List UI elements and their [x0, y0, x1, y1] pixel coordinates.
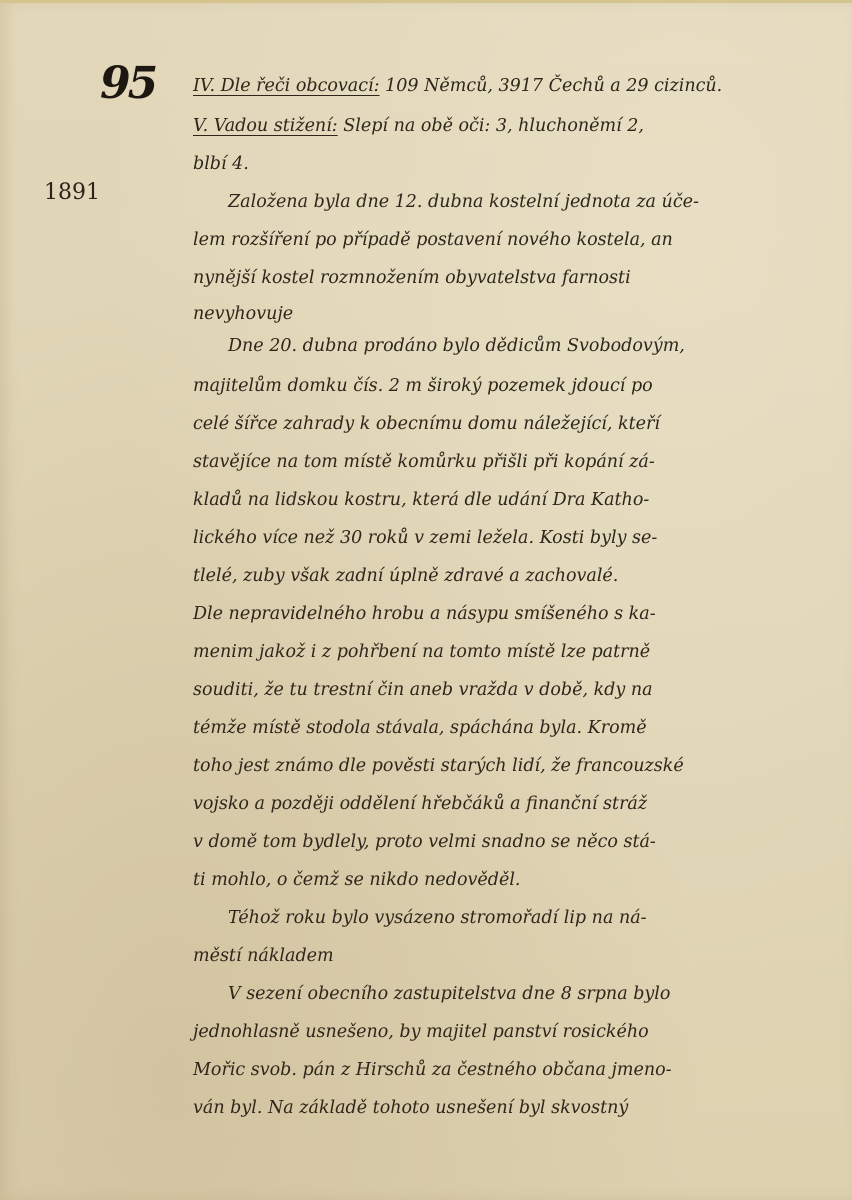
line-text: jednohlasně usnešeno, by majitel panství…: [193, 1022, 649, 1042]
text-line: témže místě stodola stávala, spáchána by…: [193, 720, 813, 738]
margin-year-note: 1891: [44, 180, 100, 205]
line-text: lem rozšíření po případě postavení novéh…: [193, 230, 673, 250]
line-text: vojsko a později oddělení hřebčáků a fin…: [193, 794, 647, 814]
line-text: témže místě stodola stávala, spáchána by…: [193, 718, 647, 738]
line-text: lického více než 30 roků v zemi ležela. …: [193, 528, 657, 548]
text-line: kladů na lidskou kostru, která dle udání…: [193, 492, 813, 510]
line-text: majitelům domku čís. 2 m široký pozemek …: [193, 376, 653, 396]
text-line: lem rozšíření po případě postavení novéh…: [193, 232, 813, 250]
text-line: menim jakož i z pohřbení na tomto místě …: [193, 644, 813, 662]
text-line: Dne 20. dubna prodáno bylo dědicům Svobo…: [228, 338, 848, 356]
text-line: lického více než 30 roků v zemi ležela. …: [193, 530, 813, 548]
text-line: majitelům domku čís. 2 m široký pozemek …: [193, 378, 813, 396]
text-line: Téhož roku bylo vysázeno stromořadí lip …: [228, 910, 848, 928]
text-line: Založena byla dne 12. dubna kostelní jed…: [228, 194, 848, 212]
line-text: souditi, že tu trestní čin aneb vražda v…: [193, 680, 653, 700]
line-text: nevyhovuje: [193, 304, 293, 324]
line-text: kladů na lidskou kostru, která dle udání…: [193, 490, 649, 510]
section-heading: IV. Dle řeči obcovací:: [193, 76, 380, 96]
line-text: v domě tom bydlely, proto velmi snadno s…: [193, 832, 656, 852]
text-line: ván byl. Na základě tohoto usnešení byl …: [193, 1100, 813, 1118]
line-text: blbí 4.: [193, 154, 249, 174]
text-line: tlelé, zuby však zadní úplně zdravé a za…: [193, 568, 813, 586]
text-line: souditi, že tu trestní čin aneb vražda v…: [193, 682, 813, 700]
line-text: tlelé, zuby však zadní úplně zdravé a za…: [193, 566, 618, 586]
text-line: v domě tom bydlely, proto velmi snadno s…: [193, 834, 813, 852]
text-line: vojsko a později oddělení hřebčáků a fin…: [193, 796, 813, 814]
text-line: toho jest známo dle pověsti starých lidí…: [193, 758, 813, 776]
text-line: ti mohlo, o čemž se nikdo nedověděl.: [193, 872, 813, 890]
line-text: nynější kostel rozmnožením obyvatelstva …: [193, 268, 631, 288]
line-text: Založena byla dne 12. dubna kostelní jed…: [228, 192, 699, 212]
text-line: V sezení obecního zastupitelstva dne 8 s…: [228, 986, 848, 1004]
text-line: nynější kostel rozmnožením obyvatelstva …: [193, 270, 813, 288]
line-text: stavějíce na tom místě komůrku přišli př…: [193, 452, 655, 472]
line-text: Slepí na obě oči: 3, hluchoněmí 2,: [338, 116, 644, 136]
line-text: městí nákladem: [193, 946, 334, 966]
text-line: IV. Dle řeči obcovací: 109 Němců, 3917 Č…: [193, 78, 813, 96]
line-text: V sezení obecního zastupitelstva dne 8 s…: [228, 984, 670, 1004]
chronicle-page: 95 1891 IV. Dle řeči obcovací: 109 Němců…: [0, 0, 852, 1200]
text-line: jednohlasně usnešeno, by majitel panství…: [193, 1024, 813, 1042]
text-line: městí nákladem: [193, 948, 813, 966]
line-text: celé šířce zahrady k obecnímu domu nálež…: [193, 414, 660, 434]
line-text: toho jest známo dle pověsti starých lidí…: [193, 756, 684, 776]
text-line: celé šířce zahrady k obecnímu domu nálež…: [193, 416, 813, 434]
line-text: Dle nepravidelného hrobu a násypu smíšen…: [193, 604, 656, 624]
line-text: menim jakož i z pohřbení na tomto místě …: [193, 642, 650, 662]
line-text: Dne 20. dubna prodáno bylo dědicům Svobo…: [228, 336, 685, 356]
text-line: V. Vadou stižení: Slepí na obě oči: 3, h…: [193, 118, 813, 136]
line-text: ván byl. Na základě tohoto usnešení byl …: [193, 1098, 628, 1118]
page-number: 95: [100, 62, 155, 106]
line-text: 109 Němců, 3917 Čechů a 29 cizinců.: [380, 76, 723, 96]
section-heading: V. Vadou stižení:: [193, 116, 338, 136]
text-line: nevyhovuje: [193, 306, 813, 324]
line-text: Téhož roku bylo vysázeno stromořadí lip …: [228, 908, 647, 928]
text-line: Dle nepravidelného hrobu a násypu smíšen…: [193, 606, 813, 624]
text-line: Mořic svob. pán z Hirschů za čestného ob…: [193, 1062, 813, 1080]
text-line: stavějíce na tom místě komůrku přišli př…: [193, 454, 813, 472]
text-line: blbí 4.: [193, 156, 813, 174]
line-text: Mořic svob. pán z Hirschů za čestného ob…: [193, 1060, 672, 1080]
line-text: ti mohlo, o čemž se nikdo nedověděl.: [193, 870, 520, 890]
